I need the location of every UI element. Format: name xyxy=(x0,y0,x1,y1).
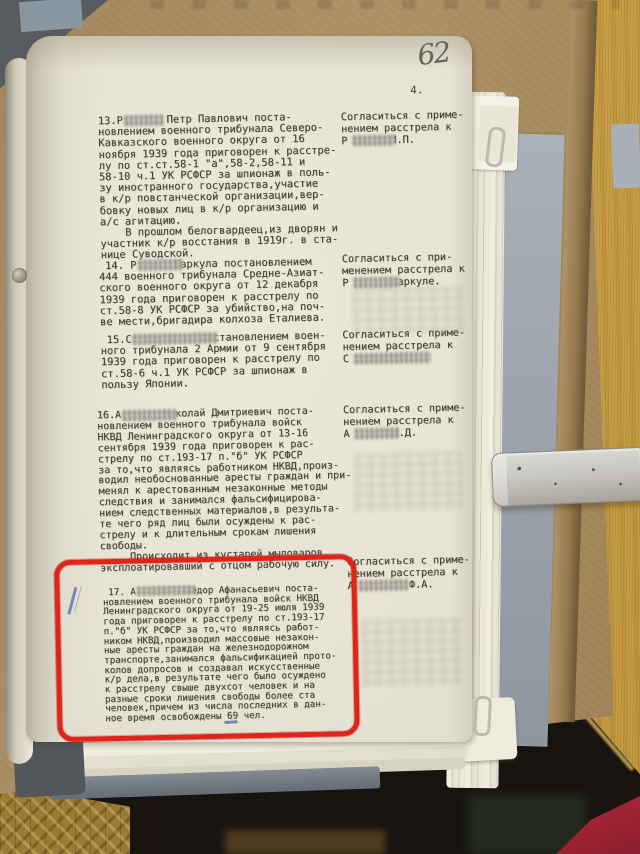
paperclip xyxy=(473,696,492,737)
bleed-through-text xyxy=(361,619,462,687)
entry-13-body: 13.Р Петр Павлович поста- новлением воен… xyxy=(98,111,339,262)
censored-name xyxy=(357,579,409,592)
censored-name xyxy=(123,114,165,127)
metal-clamp xyxy=(491,447,640,507)
censored-name xyxy=(351,134,395,147)
archival-document-photo: 62 4. 13.Р Петр Павлович поста- новление… xyxy=(0,0,640,854)
red-highlight-box xyxy=(54,554,360,742)
entry-14-body: 14. Р Баркула постановлением 444 военног… xyxy=(99,257,326,329)
typewritten-text-layer: 62 4. 13.Р Петр Павлович поста- новление… xyxy=(0,0,640,854)
entry-16-body: 16.А Николай Дмитриевич поста- новлением… xyxy=(97,406,353,575)
handwritten-page-number: 62 xyxy=(416,35,452,72)
typed-page-number: 4. xyxy=(410,83,424,96)
censored-name xyxy=(353,351,431,365)
bleed-through-text xyxy=(352,287,463,335)
censored-name xyxy=(353,427,399,440)
censored-name xyxy=(137,258,183,271)
censored-name xyxy=(352,276,400,289)
bleed-through-text xyxy=(354,452,463,512)
censored-name xyxy=(131,332,217,346)
censored-name xyxy=(121,409,177,422)
